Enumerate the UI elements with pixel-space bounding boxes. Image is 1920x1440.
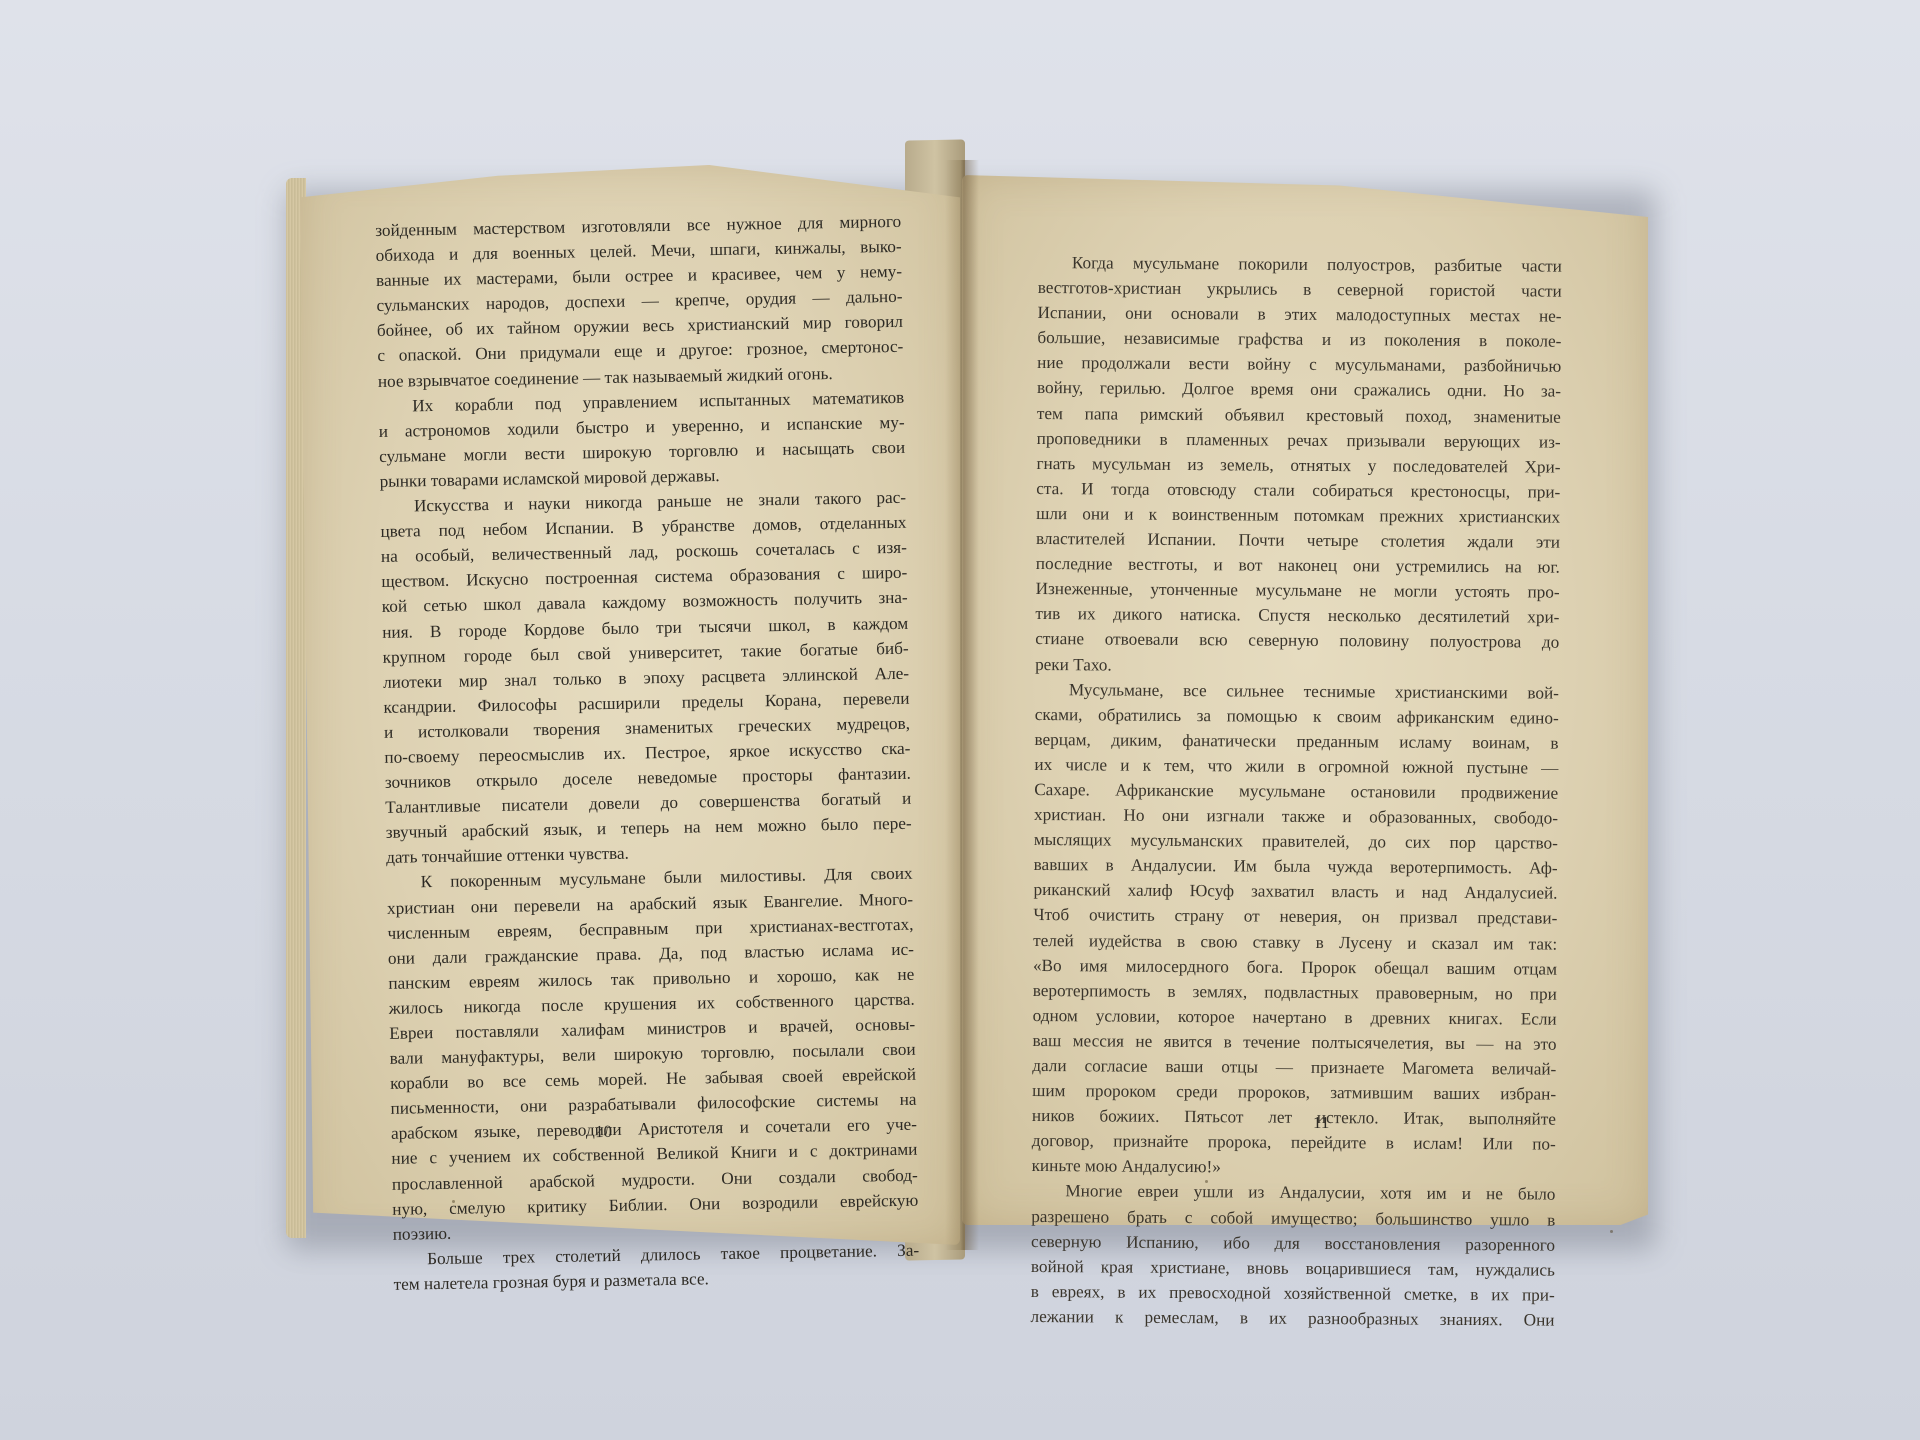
text-line: тив их дикого натиска. Спустя несколько … [1035, 601, 1559, 630]
text-line: лежании к ремеслам, в их разнообразных з… [1030, 1304, 1554, 1333]
text-line: риканский халиф Юсуф захватил власть и н… [1033, 877, 1557, 906]
text-line: в евреях, в их превосходной хозяйственно… [1031, 1279, 1555, 1308]
text-line: вестготов-христиан укрылись в северной г… [1038, 275, 1562, 304]
text-line: христиан. Но они изгнали также и образов… [1034, 802, 1558, 831]
page-number-left: 10 [595, 1122, 612, 1142]
text-line: веротерпимость в землях, подвластных пра… [1033, 978, 1557, 1007]
paper-speck [1205, 1180, 1208, 1183]
text-line: ников божиих. Пятьсот лет истекло. Итак,… [1032, 1103, 1556, 1132]
text-line: вавших в Андалусии. Им была чужда вероте… [1034, 852, 1558, 881]
text-line: Многие евреи ушли из Андалусии, хотя им … [1031, 1178, 1555, 1207]
text-line: последние вестготы, и вот наконец они ус… [1036, 551, 1560, 580]
photo-scene: зойденным мастерством изготовляли все ну… [0, 0, 1920, 1440]
text-line: одном условии, которое начертано в древн… [1033, 1003, 1557, 1032]
text-line: Сахаре. Африканские мусульмане остановил… [1034, 777, 1558, 806]
paper-speck [1038, 1148, 1041, 1151]
text-line: договор, признайте пророка, перейдите в … [1032, 1128, 1556, 1157]
text-line: «Во имя милосердного бога. Пророк обещал… [1033, 953, 1557, 982]
paper-speck [452, 1200, 455, 1203]
page-number-right: 11 [1313, 1113, 1329, 1133]
text-line: дали согласие ваши отцы — признаете Маго… [1032, 1053, 1556, 1082]
text-line: северную Испанию, ибо для восстановления… [1031, 1229, 1555, 1258]
left-page-text: зойденным мастерством изготовляли все ну… [375, 209, 920, 1297]
right-page-text: Когда мусульмане покорили полуостров, ра… [1030, 250, 1562, 1333]
text-line: войной края христиане, вновь воцарившиес… [1031, 1254, 1555, 1283]
text-line: ста. И тогда отовсюду стали собираться к… [1036, 476, 1560, 505]
text-line: телей иудейства в свою ставку в Лусену и… [1033, 928, 1557, 957]
text-line: Изнеженные, утонченные мусульмане не мог… [1036, 576, 1560, 605]
text-line: ваш мессия не явится в течение полтысяче… [1032, 1028, 1556, 1057]
text-line: разрешено брать с собой имущество; больш… [1031, 1204, 1555, 1233]
text-line: сками, обратились за помощью к своим афр… [1035, 702, 1559, 731]
text-line: реки Тахо. [1035, 651, 1559, 680]
text-line: Когда мусульмане покорили полуостров, ра… [1038, 250, 1562, 279]
text-line: войну, герилью. Долгое время они сражали… [1037, 375, 1561, 404]
text-line: киньте мою Андалусию!» [1032, 1153, 1556, 1182]
text-line: верцам, диким, фанатически преданным исл… [1034, 727, 1558, 756]
text-line: ние продолжали вести войну с мусульманам… [1037, 350, 1561, 379]
text-line: тем папа римский объявил крестовый поход… [1037, 401, 1561, 430]
text-line: большие, независимые графства и из покол… [1037, 325, 1561, 354]
text-line: гнать мусульман из земель, отнятых у пос… [1036, 451, 1560, 480]
text-line: Чтоб очистить страну от неверия, он приз… [1033, 902, 1557, 931]
text-line: Испании, они основали в этих малодоступн… [1037, 300, 1561, 329]
paper-speck [1610, 1230, 1613, 1233]
text-line: шли они и к воинственным потомкам прежни… [1036, 501, 1560, 530]
text-line: мыслящих мусульманских правителей, до си… [1034, 827, 1558, 856]
text-line: проповедники в пламенных речах призывали… [1037, 426, 1561, 455]
text-line: их числе и к тем, что жили в огромной юж… [1034, 752, 1558, 781]
text-line: властителей Испании. Почти четыре столет… [1036, 526, 1560, 555]
text-line: стиане отвоевали всю северную половину п… [1035, 626, 1559, 655]
text-line: шим пророком среди пророков, затмившим в… [1032, 1078, 1556, 1107]
text-line: Мусульмане, все сильнее теснимые христиа… [1035, 677, 1559, 706]
